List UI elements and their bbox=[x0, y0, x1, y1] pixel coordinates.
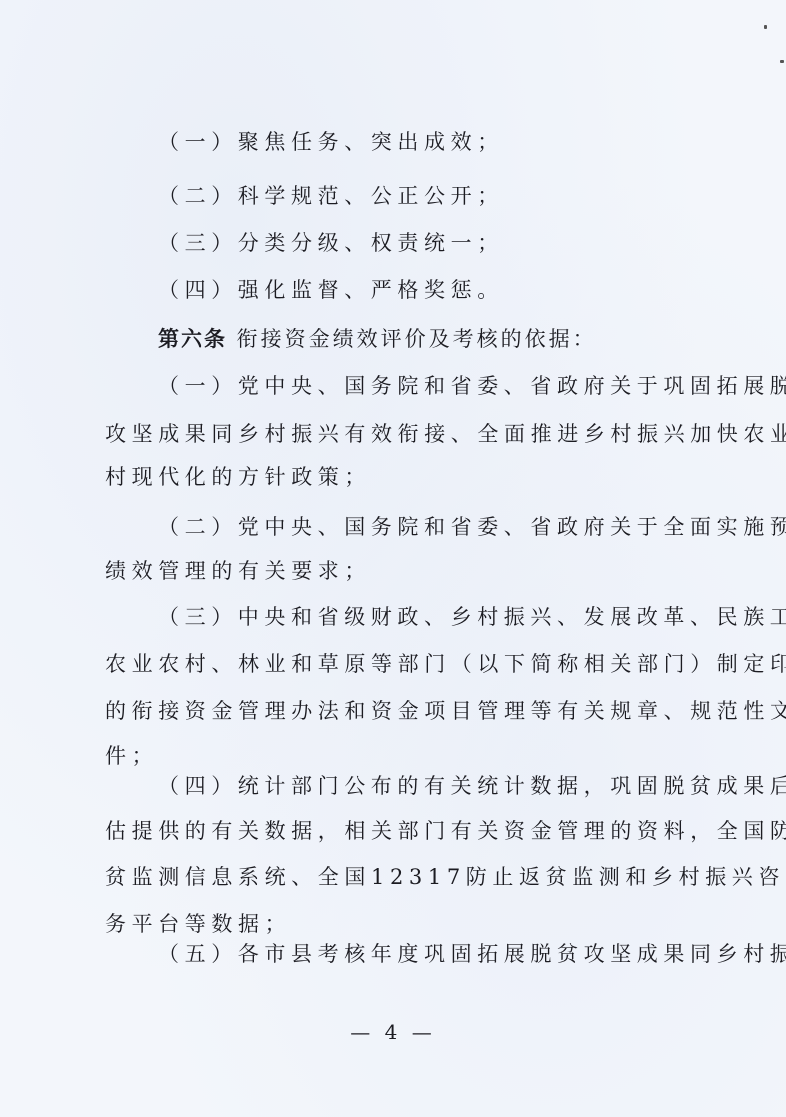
basis-line-14: （五）各市县考核年度巩固拓展脱贫攻坚成果同乡村振兴 bbox=[158, 940, 786, 968]
basis-line-1: （一）党中央、国务院和省委、省政府关于巩固拓展脱贫 bbox=[158, 372, 786, 400]
basis-line-8: 的衔接资金管理办法和资金项目管理等有关规章、规范性文 bbox=[105, 697, 786, 725]
basis-line-10: （四）统计部门公布的有关统计数据，巩固脱贫成果后评 bbox=[158, 772, 786, 800]
basis-line-7: 农业农村、林业和草原等部门（以下简称相关部门）制定印发 bbox=[105, 650, 786, 678]
principle-item-2: （二）科学规范、公正公开； bbox=[158, 182, 504, 210]
basis-line-13: 务平台等数据； bbox=[105, 910, 291, 938]
scan-speck bbox=[780, 60, 784, 63]
basis-line-3: 村现代化的方针政策； bbox=[105, 463, 371, 491]
document-page: （一）聚焦任务、突出成效； （二）科学规范、公正公开； （三）分类分级、权责统一… bbox=[0, 0, 786, 1117]
basis-line-5: 绩效管理的有关要求； bbox=[105, 557, 371, 585]
principle-item-1: （一）聚焦任务、突出成效； bbox=[158, 128, 504, 156]
basis-line-2: 攻坚成果同乡村振兴有效衔接、全面推进乡村振兴加快农业农 bbox=[105, 420, 786, 448]
article-title: 衔接资金绩效评价及考核的依据： bbox=[227, 327, 597, 351]
basis-line-9: 件； bbox=[105, 742, 158, 770]
article-6-heading-line: 第六条 衔接资金绩效评价及考核的依据： bbox=[158, 325, 597, 353]
basis-line-6: （三）中央和省级财政、乡村振兴、发展改革、民族工作、 bbox=[158, 603, 786, 631]
scan-speck bbox=[764, 25, 767, 29]
article-number: 第六条 bbox=[158, 326, 227, 351]
basis-line-11: 估提供的有关数据，相关部门有关资金管理的资料，全国防返 bbox=[105, 817, 786, 845]
principle-item-4: （四）强化监督、严格奖惩。 bbox=[158, 276, 504, 304]
basis-line-12: 贫监测信息系统、全国12317防止返贫监测和乡村振兴咨询服 bbox=[105, 863, 786, 891]
page-number: — 4 — bbox=[0, 1020, 786, 1044]
basis-line-4: （二）党中央、国务院和省委、省政府关于全面实施预算 bbox=[158, 513, 786, 541]
principle-item-3: （三）分类分级、权责统一； bbox=[158, 229, 504, 257]
